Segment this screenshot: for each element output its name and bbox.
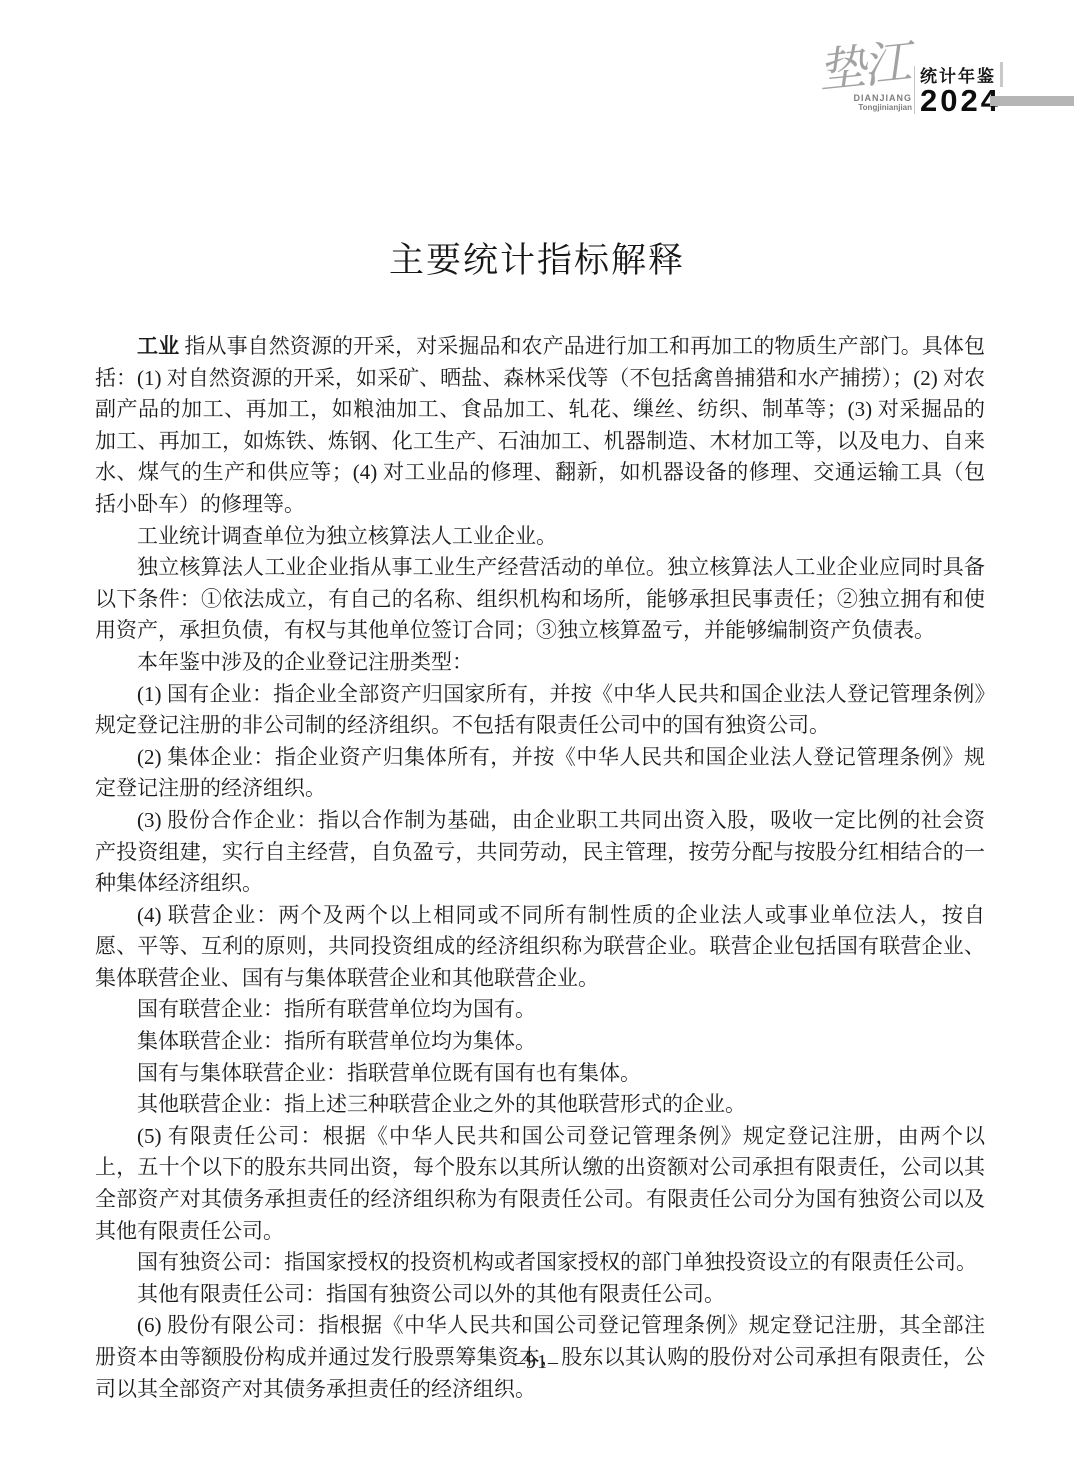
- paragraph: 国有独资公司：指国家授权的投资机构或者国家授权的部门单独投资设立的有限责任公司。: [95, 1247, 985, 1279]
- paragraph: (5) 有限责任公司：根据《中华人民共和国公司登记管理条例》规定登记注册，由两个…: [95, 1121, 985, 1247]
- paragraph: (4) 联营企业：两个及两个以上相同或不同所有制性质的企业法人或事业单位法人，按…: [95, 900, 985, 995]
- paragraph: 集体联营企业：指所有联营单位均为集体。: [95, 1026, 985, 1058]
- paragraph: (2) 集体企业：指企业资产归集体所有，并按《中华人民共和国企业法人登记管理条例…: [95, 742, 985, 805]
- brand-pinyin: DIANJIANG Tongjinianjian: [828, 94, 912, 112]
- yearbook-logo: 垫江 DIANJIANG Tongjinianjian 统计年鉴 2024: [816, 50, 988, 120]
- paragraph: 国有与集体联营企业：指联营单位既有国有也有集体。: [95, 1058, 985, 1090]
- logo-text-block: 统计年鉴 2024: [920, 62, 1003, 114]
- paragraph: 其他有限责任公司：指国有独资公司以外的其他有限责任公司。: [95, 1279, 985, 1311]
- paragraph: 国有联营企业：指所有联营单位均为国有。: [95, 994, 985, 1026]
- paragraph: 独立核算法人工业企业指从事工业生产经营活动的单位。独立核算法人工业企业应同时具备…: [95, 552, 985, 647]
- body-paragraphs: 工业 指从事自然资源的开采，对采掘品和农产品进行加工和再加工的物质生产部门。具体…: [95, 331, 985, 1405]
- brand-pinyin-top: DIANJIANG: [828, 94, 912, 103]
- paragraph-lead-term: 工业: [137, 335, 179, 358]
- paragraph: 工业统计调查单位为独立核算法人工业企业。: [95, 521, 985, 553]
- paragraph: 其他联营企业：指上述三种联营企业之外的其他联营形式的企业。: [95, 1089, 985, 1121]
- brand-calligraphy-text: 垫江: [816, 39, 911, 96]
- paragraph: 本年鉴中涉及的企业登记注册类型：: [95, 647, 985, 679]
- brand-pinyin-bottom: Tongjinianjian: [828, 103, 912, 112]
- header-gray-bar: [990, 96, 1074, 106]
- logo-divider-line: [914, 66, 915, 114]
- paragraph: 工业 指从事自然资源的开采，对采掘品和农产品进行加工和再加工的物质生产部门。具体…: [95, 331, 985, 521]
- page-number: –91–: [0, 1351, 1074, 1374]
- page-title: 主要统计指标解释: [0, 233, 1074, 283]
- paragraph: (3) 股份合作企业：指以合作制为基础，由企业职工共同出资入股，吸收一定比例的社…: [95, 805, 985, 900]
- yearbook-page: 垫江 DIANJIANG Tongjinianjian 统计年鉴 2024 主要…: [0, 0, 1074, 1458]
- paragraph: (1) 国有企业：指企业全部资产归国家所有，并按《中华人民共和国企业法人登记管理…: [95, 679, 985, 742]
